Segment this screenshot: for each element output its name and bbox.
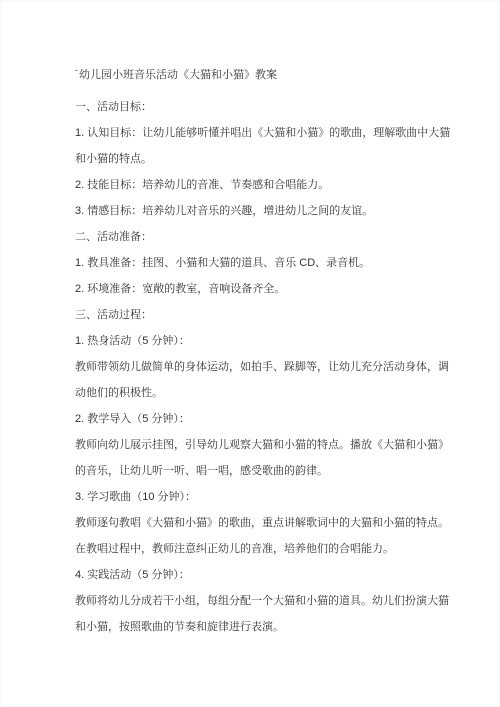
paragraph: 3. 情感目标：培养幼儿对音乐的兴趣，增进幼儿之间的友谊。 xyxy=(75,198,451,224)
paragraph: 4. 实践活动（5 分钟）： xyxy=(75,562,451,588)
paragraph: 1. 认知目标：让幼儿能够听懂并唱出《大猫和小猫》的歌曲，理解歌曲中大猫和小猫的… xyxy=(75,120,451,172)
paragraph: 教师向幼儿展示挂图，引导幼儿观察大猫和小猫的特点。播放《大猫和小猫》的音乐，让幼… xyxy=(75,432,451,484)
paragraph: 三、活动过程： xyxy=(75,302,451,328)
paragraph: 2. 技能目标：培养幼儿的音准、节奏感和合唱能力。 xyxy=(75,172,451,198)
paragraph: 教师逐句教唱《大猫和小猫》的歌曲，重点讲解歌词中的大猫和小猫的特点。在教唱过程中… xyxy=(75,510,451,562)
document-body: 一、活动目标：1. 认知目标：让幼儿能够听懂并唱出《大猫和小猫》的歌曲，理解歌曲… xyxy=(75,94,453,640)
paragraph: 一、活动目标： xyxy=(75,94,451,120)
title-dash-mark: - xyxy=(75,57,78,83)
document-title-text: 幼儿园小班音乐活动《大猫和小猫》教案 xyxy=(79,69,277,81)
paragraph: 2. 教学导入（5 分钟）： xyxy=(75,406,451,432)
paragraph: 教师带领幼儿做简单的身体运动，如拍手、跺脚等，让幼儿充分活动身体，调动他们的积极… xyxy=(75,354,451,406)
paragraph: 2. 环境准备：宽敞的教室，音响设备齐全。 xyxy=(75,276,451,302)
document-title: -幼儿园小班音乐活动《大猫和小猫》教案 xyxy=(75,62,453,88)
paragraph: 教师将幼儿分成若干小组，每组分配一个大猫和小猫的道具。幼儿们扮演大猫和小猫，按照… xyxy=(75,588,451,640)
paragraph: 1. 教具准备：挂图、小猫和大猫的道具、音乐 CD、录音机。 xyxy=(75,250,451,276)
paragraph: 二、活动准备： xyxy=(75,224,451,250)
paragraph: 3. 学习歌曲（10 分钟）： xyxy=(75,484,451,510)
document-page: -幼儿园小班音乐活动《大猫和小猫》教案 一、活动目标：1. 认知目标：让幼儿能够… xyxy=(0,0,500,707)
paragraph: 1. 热身活动（5 分钟）： xyxy=(75,328,451,354)
